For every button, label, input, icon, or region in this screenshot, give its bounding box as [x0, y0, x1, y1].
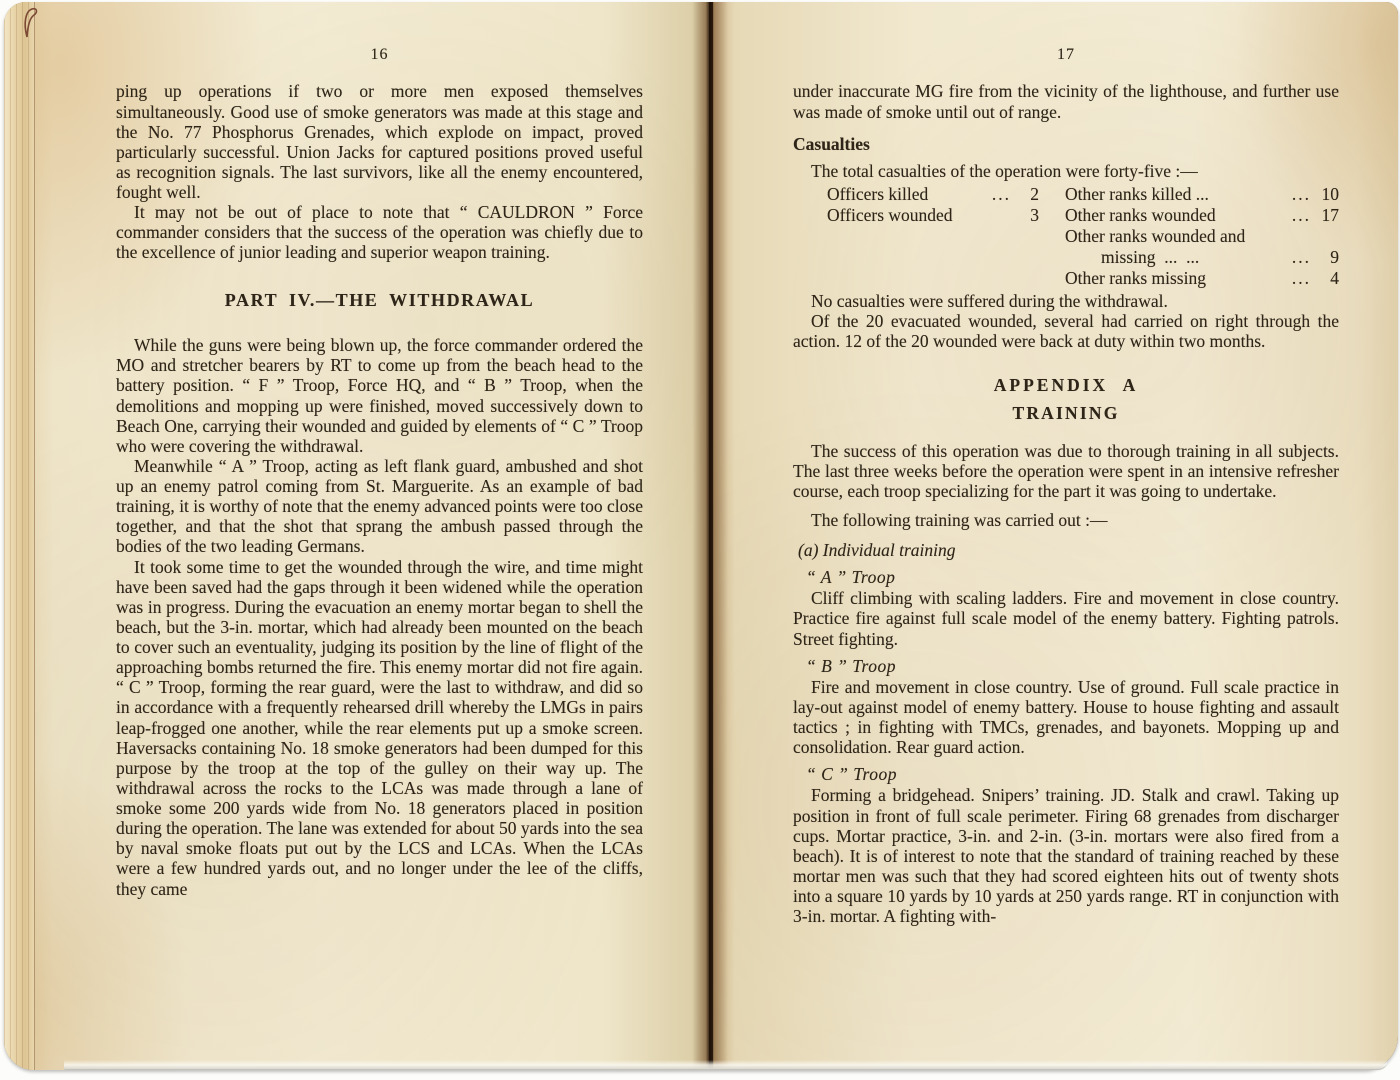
paragraph: under inaccurate MG fire from the vicini…: [793, 81, 1339, 121]
appendix-heading: APPENDIX A: [793, 375, 1339, 395]
paragraph: It took some time to get the wounded thr…: [116, 557, 643, 899]
open-book: 16 ping up operations if two or more men…: [4, 2, 1398, 1070]
book-gutter: [692, 2, 728, 1070]
paragraph: Of the 20 evacuated wounded, several had…: [793, 311, 1339, 351]
troop-heading: “ A ” Troop: [793, 567, 1339, 587]
page-fore-edge: [4, 2, 35, 1070]
paragraph: ping up operations if two or more men ex…: [116, 81, 643, 202]
casualty-row: Other ranks killed ... ... 10: [1065, 184, 1339, 205]
casualty-row: Other ranks wounded ... 17: [1065, 205, 1339, 226]
casualties-intro: The total casualties of the operation we…: [793, 161, 1339, 181]
casualties-other-ranks-column: Other ranks killed ... ... 10 Other rank…: [1065, 184, 1339, 289]
pen-mark-icon: [20, 6, 46, 40]
training-heading: TRAINING: [793, 403, 1339, 423]
casualty-row: Other ranks missing ... 4: [1065, 268, 1339, 289]
troop-paragraph: Fire and movement in close country. Use …: [793, 677, 1339, 758]
troop-paragraph: Forming a bridgehead. Snipers’ training.…: [793, 785, 1339, 926]
section-heading: PART IV.—THE WITHDRAWAL: [116, 290, 643, 311]
casualty-row: Officers killed ... 2: [827, 184, 1039, 205]
troop-heading: “ C ” Troop: [793, 764, 1339, 784]
troop-paragraph: Cliff climbing with scaling ladders. Fir…: [793, 588, 1339, 648]
individual-training-label: (a) Individual training: [793, 540, 1339, 560]
right-page: 17 under inaccurate MG fire from the vic…: [793, 46, 1339, 926]
left-page: 16 ping up operations if two or more men…: [116, 46, 643, 899]
paragraph: While the guns were being blown up, the …: [116, 335, 643, 456]
casualties-officers-column: Officers killed ... 2 Officers wounded 3: [827, 184, 1039, 289]
paragraph: Meanwhile “ A ” Troop, acting as left fl…: [116, 456, 643, 557]
casualties-heading: Casualties: [793, 134, 1339, 154]
paragraph: No casualties were suffered during the w…: [793, 291, 1339, 311]
casualty-row: Other ranks wounded and: [1065, 226, 1339, 247]
casualties-table: Officers killed ... 2 Officers wounded 3: [793, 184, 1339, 289]
troop-heading: “ B ” Troop: [793, 656, 1339, 676]
paragraph: The success of this operation was due to…: [793, 441, 1339, 501]
paragraph: It may not be out of place to note that …: [116, 202, 643, 262]
casualty-row: missing ... ... ... 9: [1065, 247, 1339, 268]
page-number-right: 17: [793, 46, 1339, 64]
page-number-left: 16: [116, 46, 643, 64]
scanned-book-spread: 16 ping up operations if two or more men…: [0, 0, 1400, 1080]
paragraph: The following training was carried out :…: [793, 510, 1339, 530]
bottom-page-edges: [64, 1060, 1388, 1070]
casualty-row: Officers wounded 3: [827, 205, 1039, 226]
